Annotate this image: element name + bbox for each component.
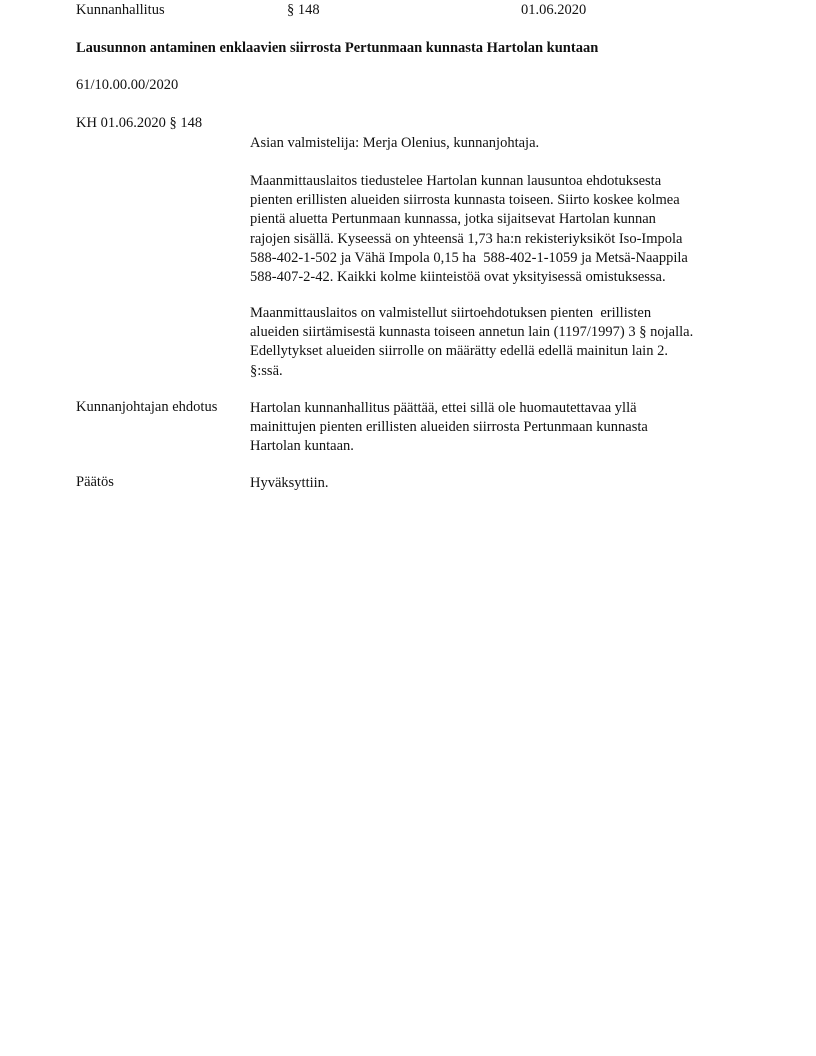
body-line: alueiden siirtämisestä kunnasta toiseen … [250, 323, 770, 342]
body-paragraph-1: Maanmittauslaitos tiedustelee Hartolan k… [250, 172, 770, 287]
body-line: 588-407-2-42. Kaikki kolme kiinteistöä o… [250, 268, 770, 287]
proposal-line: Hartolan kuntaan. [250, 437, 770, 456]
preparer-text: Asian valmistelija: Merja Olenius, kunna… [250, 134, 770, 153]
proposal-line: mainittujen pienten erillisten alueiden … [250, 418, 770, 437]
header-organ: Kunnanhallitus [76, 2, 165, 19]
preparer-line: Asian valmistelija: Merja Olenius, kunna… [250, 134, 770, 153]
proposal-label: Kunnanjohtajan ehdotus [76, 399, 217, 416]
body-line: pientä aluetta Pertunmaan kunnassa, jotk… [250, 210, 770, 229]
diary-number: 61/10.00.00/2020 [76, 77, 178, 94]
body-line: §:ssä. [250, 362, 770, 381]
document-title: Lausunnon antaminen enklaavien siirrosta… [76, 40, 598, 57]
decision-label: Päätös [76, 474, 114, 491]
decision-text: Hyväksyttiin. [250, 474, 770, 493]
header-date: 01.06.2020 [521, 2, 586, 19]
header-section-number: § 148 [287, 2, 320, 19]
proposal-text: Hartolan kunnanhallitus päättää, ettei s… [250, 399, 770, 457]
decision-value: Hyväksyttiin. [250, 474, 770, 493]
body-line: Maanmittauslaitos on valmistellut siirto… [250, 304, 770, 323]
body-line: pienten erillisten alueiden siirrosta ku… [250, 191, 770, 210]
proposal-line: Hartolan kunnanhallitus päättää, ettei s… [250, 399, 770, 418]
body-paragraph-2: Maanmittauslaitos on valmistellut siirto… [250, 304, 770, 381]
body-line: rajojen sisällä. Kyseessä on yhteensä 1,… [250, 230, 770, 249]
body-line: Edellytykset alueiden siirrolle on määrä… [250, 342, 770, 361]
body-line: Maanmittauslaitos tiedustelee Hartolan k… [250, 172, 770, 191]
meeting-reference: KH 01.06.2020 § 148 [76, 115, 202, 132]
body-line: 588-402-1-502 ja Vähä Impola 0,15 ha 588… [250, 249, 770, 268]
